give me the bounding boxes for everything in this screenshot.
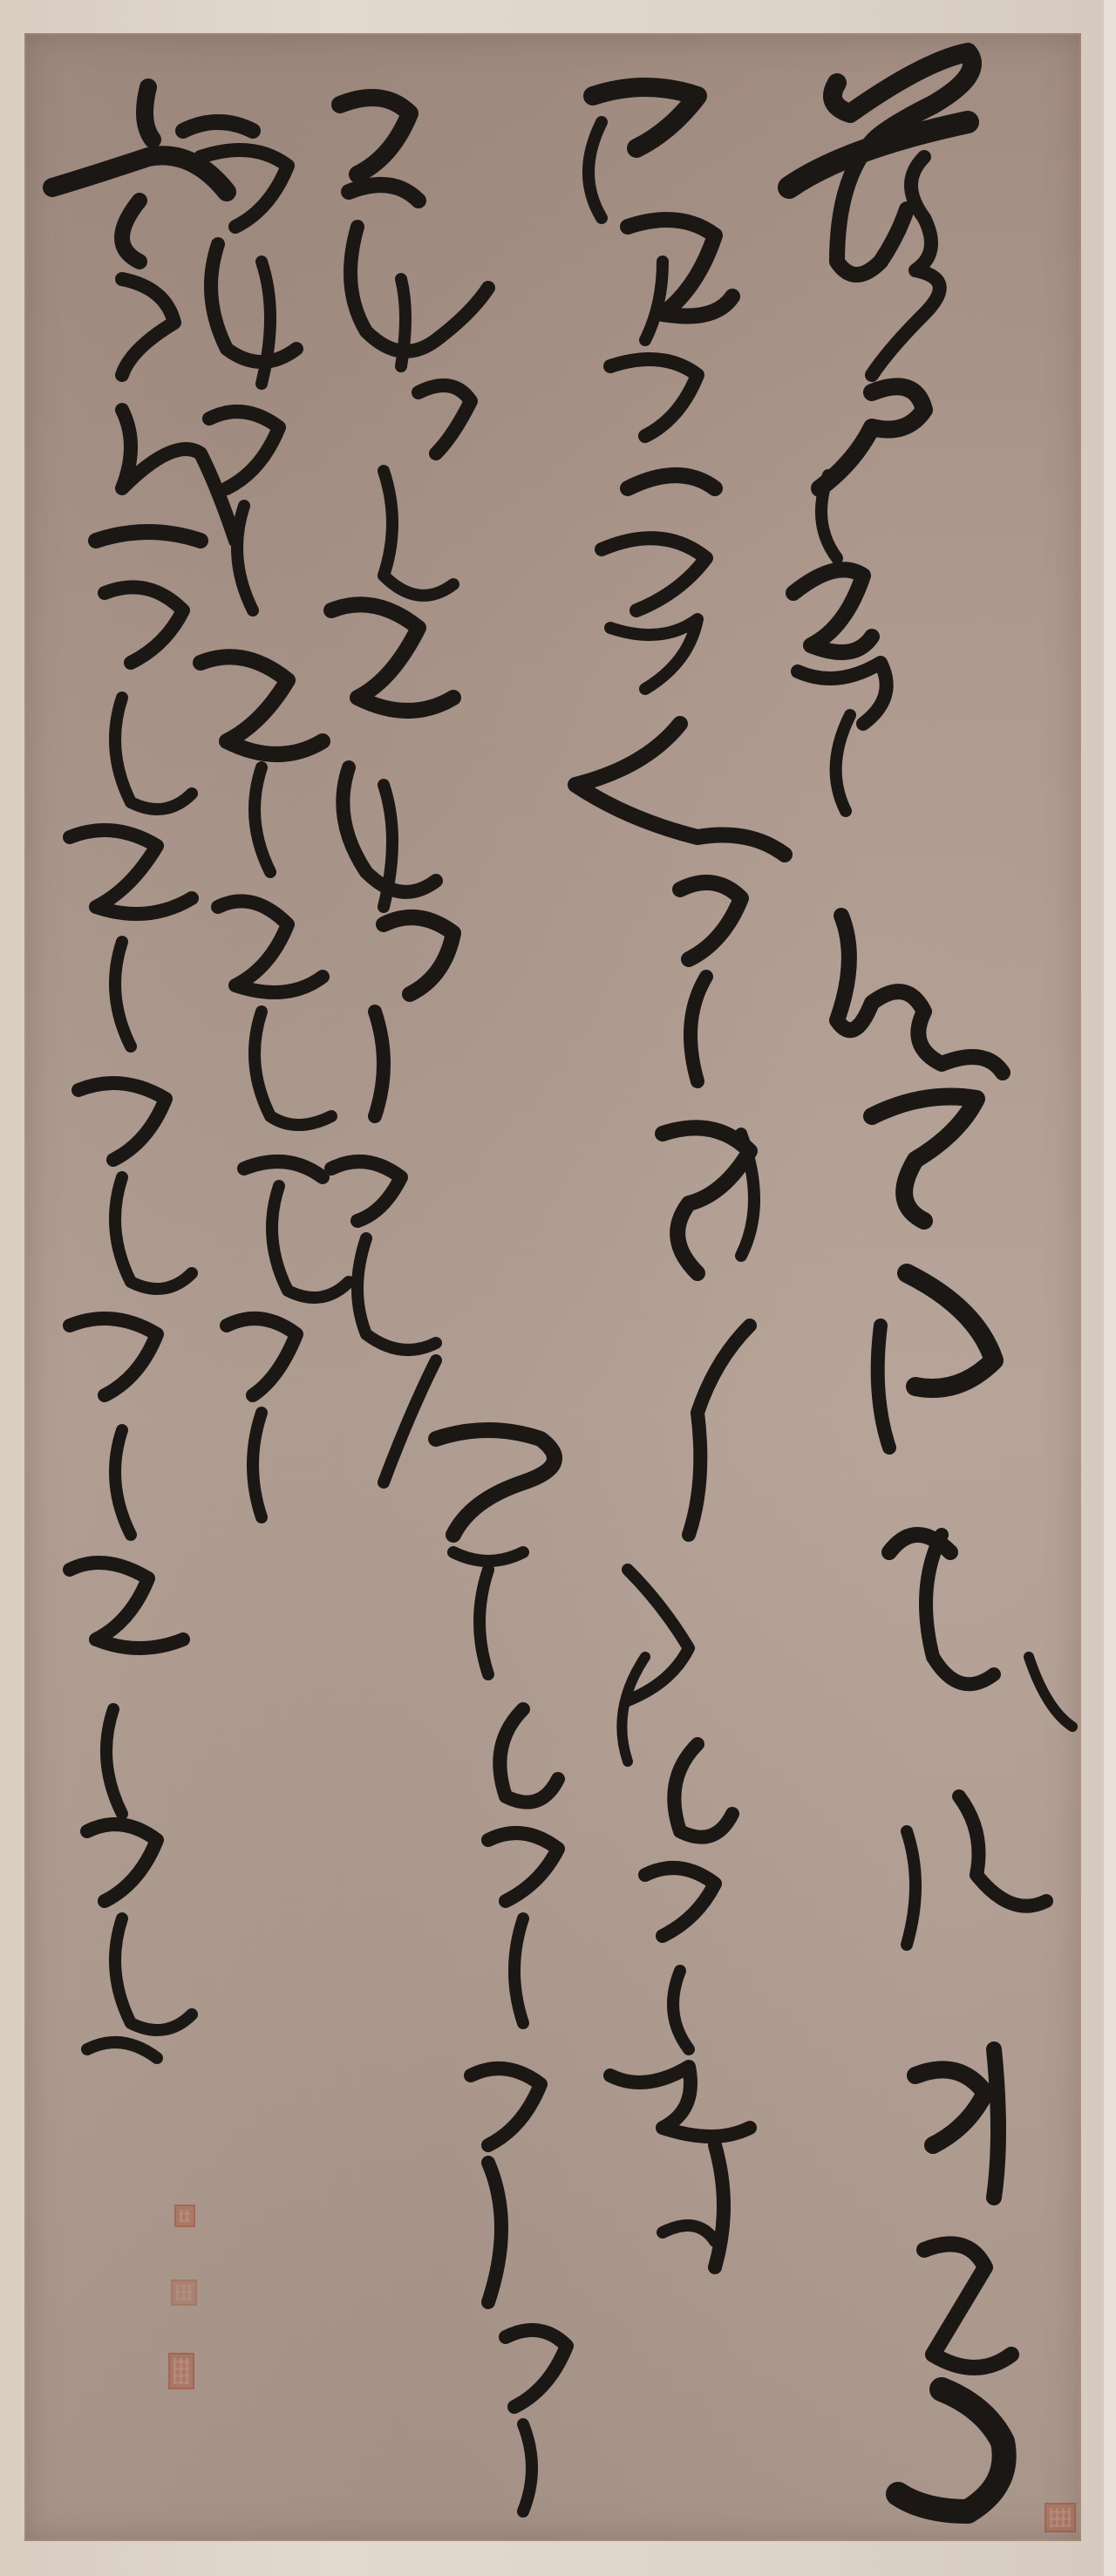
column-2 [575,87,785,2267]
collector-seal-3 [168,2353,194,2389]
column-1 [789,52,1072,2511]
column-3 [331,98,567,2511]
column-4 [183,122,349,1517]
collector-seal-2 [171,2280,197,2306]
collector-seal-1 [174,2205,195,2227]
column-5 [52,87,235,2058]
artist-seal [1045,2503,1076,2532]
calligraphy-ink [0,0,1116,2576]
